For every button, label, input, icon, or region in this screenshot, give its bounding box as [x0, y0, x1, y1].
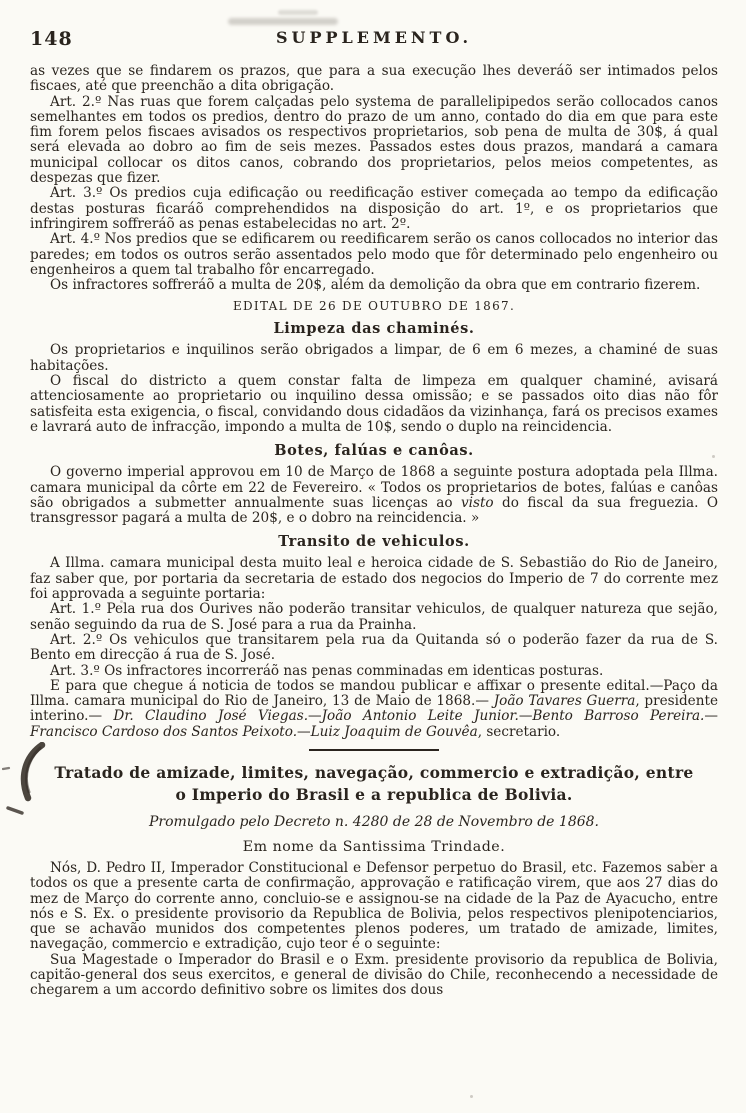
heading-tratado-brasil-bolivia: Tratado de amizade, limites, navegação, … [30, 762, 718, 806]
heading-limpeza-chamines: Limpeza das chaminés. [30, 320, 718, 337]
article-3-predios: Art. 3.º Os predios cuja edificação ou r… [30, 186, 718, 232]
invocacao-line: Em nome da Santissima Trindade. [30, 839, 718, 855]
paragraph-sua-magestade: Sua Magestade o Imperador do Brasil e o … [30, 953, 718, 999]
infractores-multa: Os infractores soffreráõ a multa de 20$,… [30, 278, 718, 293]
promulgacao-line: Promulgado pelo Decreto n. 4280 de 28 de… [30, 814, 718, 830]
heading-botes-faluas-canoas: Botes, falúas e canôas. [30, 442, 718, 459]
continuation-paragraph: as vezes que se findarem os prazos, que … [30, 64, 718, 95]
document-body: as vezes que se findarem os prazos, que … [30, 64, 718, 999]
page-number: 148 [30, 28, 73, 50]
paragraph-fiscal-districto: O fiscal do districto a quem constar fal… [30, 374, 718, 435]
paragraph-carta-confirmacao: Nós, D. Pedro II, Imperador Constitucion… [30, 861, 718, 953]
article-2-rua-quitanda: Art. 2.º Os vehiculos que transitarem pe… [30, 633, 718, 664]
section-divider [309, 749, 439, 751]
print-smudge [278, 10, 318, 15]
page-content: 148 SUPPLEMENTO. as vezes que se findare… [30, 24, 718, 999]
paragraph-edital-assinaturas: E para que chegue á noticia de todos se … [30, 679, 718, 740]
scanned-gazette-page: 148 SUPPLEMENTO. as vezes que se findare… [0, 0, 746, 1113]
page-header: 148 SUPPLEMENTO. [30, 24, 718, 52]
paragraph-limpeza-obrigacao: Os proprietarios e inquilinos serão obri… [30, 343, 718, 374]
article-1-rua-ourives: Art. 1.º Pela rua dos Ourives não poderã… [30, 602, 718, 633]
article-4-canos-interior: Art. 4.º Nos predios que se edificarem o… [30, 232, 718, 278]
paragraph-camara-portaria: A Illma. camara municipal desta muito le… [30, 556, 718, 602]
scan-speck [470, 1095, 473, 1098]
paragraph-postura-botes: O governo imperial approvou em 10 de Mar… [30, 465, 718, 526]
edital-dateline: EDITAL DE 26 DE OUTUBRO DE 1867. [30, 299, 718, 313]
article-3-infractores: Art. 3.º Os infractores incorreráõ nas p… [30, 664, 718, 679]
print-smudge [228, 18, 338, 25]
masthead-title: SUPPLEMENTO. [30, 24, 718, 47]
heading-transito-vehiculos: Transito de vehiculos. [30, 533, 718, 550]
article-2-canos: Art. 2.º Nas ruas que forem calçadas pel… [30, 95, 718, 187]
